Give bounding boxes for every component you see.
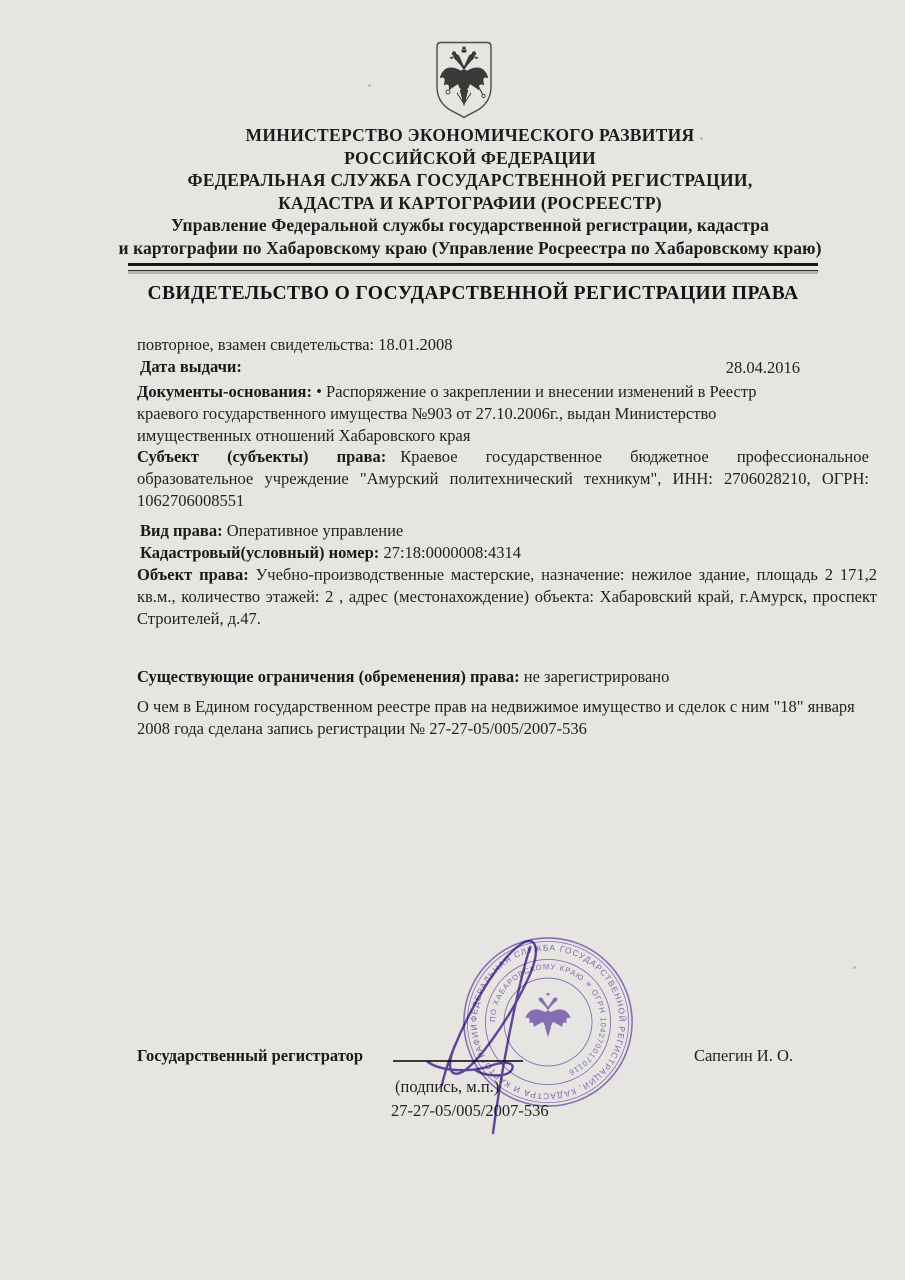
cadastral-label: Кадастровый(условный) номер: <box>140 543 379 562</box>
ministry-line: РОССИЙСКОЙ ФЕДЕРАЦИИ <box>80 147 860 170</box>
office-line: и картографии по Хабаровскому краю (Упра… <box>80 237 860 260</box>
basis-label: Документы-основания: <box>137 382 312 401</box>
restrictions-paragraph: Существующие ограничения (обременения) п… <box>137 666 877 688</box>
office-line: Управление Федеральной службы государств… <box>80 214 860 237</box>
object-label: Объект права: <box>137 565 249 584</box>
issue-date-label: Дата выдачи: <box>140 356 242 378</box>
basis-paragraph: Документы-основания: • Распоряжение о за… <box>137 381 785 447</box>
document-title: СВИДЕТЕЛЬСТВО О ГОСУДАРСТВЕННОЙ РЕГИСТРА… <box>128 283 818 305</box>
scan-speck <box>368 84 371 87</box>
right-type-paragraph: Вид права: Оперативное управление <box>140 520 840 542</box>
registrar-signature <box>398 915 548 1140</box>
registrar-name: Сапегин И. О. <box>694 1045 793 1067</box>
right-type-value: Оперативное управление <box>227 521 404 540</box>
ministry-line: МИНИСТЕРСТВО ЭКОНОМИЧЕСКОГО РАЗВИТИЯ <box>80 124 860 147</box>
restrictions-label: Существующие ограничения (обременения) п… <box>137 667 520 686</box>
subject-label: Субъект (субъекты) права: <box>137 447 386 466</box>
cadastral-value: 27:18:0000008:4314 <box>383 543 521 562</box>
issue-date-value: 28.04.2016 <box>726 357 800 379</box>
duplicate-note: повторное, взамен свидетельства: 18.01.2… <box>137 334 837 356</box>
record-note: О чем в Едином государственном реестре п… <box>137 696 883 740</box>
right-type-label: Вид права: <box>140 521 223 540</box>
header-divider <box>128 263 818 271</box>
cadastral-paragraph: Кадастровый(условный) номер: 27:18:00000… <box>140 542 840 564</box>
coat-of-arms-icon <box>434 40 494 120</box>
registrar-label: Государственный регистратор <box>137 1045 363 1067</box>
letterhead: МИНИСТЕРСТВО ЭКОНОМИЧЕСКОГО РАЗВИТИЯ РОС… <box>80 124 860 260</box>
agency-line: ФЕДЕРАЛЬНАЯ СЛУЖБА ГОСУДАРСТВЕННОЙ РЕГИС… <box>80 169 860 192</box>
restrictions-value: не зарегистрировано <box>524 667 670 686</box>
subject-paragraph: Субъект (субъекты) права:Краевое государ… <box>137 446 869 512</box>
certificate-document: МИНИСТЕРСТВО ЭКОНОМИЧЕСКОГО РАЗВИТИЯ РОС… <box>0 0 905 1280</box>
scan-speck <box>853 966 856 969</box>
object-paragraph: Объект права: Учебно-производственные ма… <box>137 564 877 630</box>
agency-line: КАДАСТРА И КАРТОГРАФИИ (РОСРЕЕСТР) <box>80 192 860 215</box>
